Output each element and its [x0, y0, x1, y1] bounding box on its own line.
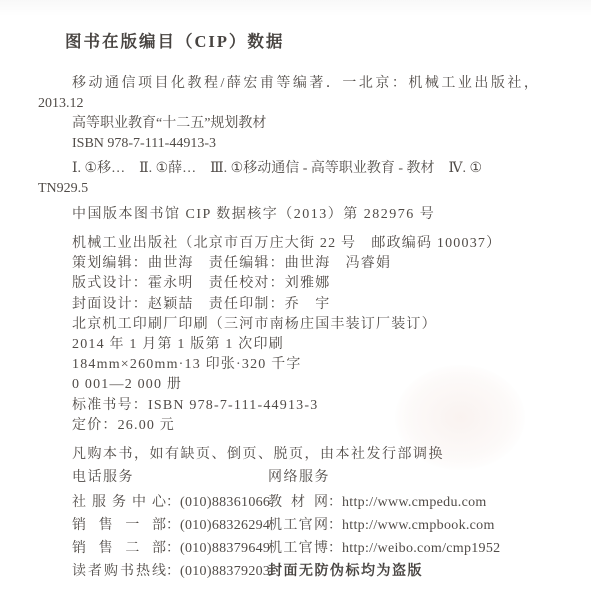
- colon: ：: [328, 518, 342, 533]
- net-cell: 机工官博：http://weibo.com/cmp1952: [268, 537, 500, 560]
- net-cell: 机工官网：http://www.cmpbook.com: [268, 514, 495, 537]
- service-block: 电话服务 网络服务 社服务中心：(010)88361066 教材网：http:/…: [38, 467, 561, 583]
- phone-number: (010)88361066: [180, 495, 270, 510]
- cip-block: 移动通信项目化教程/薛宏甫等编著．一北京：机械工业出版社， 2013.12 高等…: [38, 74, 561, 154]
- service-row: 销售二部：(010)88379649 机工官博：http://weibo.com…: [38, 537, 561, 560]
- phone-cell: 销售二部：(010)88379649: [38, 537, 268, 560]
- print-edition-line: 2014 年 1 月第 1 版第 1 次印刷: [38, 335, 561, 355]
- phone-label: 读者购书热线: [72, 560, 166, 583]
- cip-line-year: 2013.12: [38, 94, 561, 114]
- publisher-line: 机械工业出版社（北京市百万庄大街 22 号 邮政编码 100037）: [38, 234, 561, 254]
- cip-class-line: Ⅰ. ①移… Ⅱ. ①薛… Ⅲ. ①移动通信 - 高等职业教育 - 教材 Ⅳ. …: [38, 159, 561, 179]
- price-line: 定价：26.00 元: [38, 416, 561, 436]
- phone-cell: 读者购书热线：(010)88379203: [38, 560, 268, 583]
- cover-design-line: 封面设计：赵颖喆 责任印制：乔 宇: [38, 295, 561, 315]
- net-url: http://www.cmpedu.com: [342, 495, 487, 510]
- phone-label: 销售一部: [72, 514, 166, 537]
- service-row: 销售一部：(010)68326294 机工官网：http://www.cmpbo…: [38, 514, 561, 537]
- page-content: 图书在版编目（CIP）数据 移动通信项目化教程/薛宏甫等编著．一北京：机械工业出…: [0, 0, 591, 583]
- cip-class-code: TN929.5: [38, 179, 561, 199]
- net-label: 教材网: [268, 491, 328, 514]
- exchange-notice: 凡购本书，如有缺页、倒页、脱页，由本社发行部调换: [38, 445, 561, 465]
- net-cell: 封面无防伪标均为盗版: [268, 560, 423, 583]
- net-service-header: 网络服务: [268, 467, 330, 488]
- cip-line-isbn: ISBN 978-7-111-44913-3: [38, 134, 561, 154]
- net-label: 机工官网: [268, 514, 328, 537]
- net-url: http://www.cmpbook.com: [342, 518, 495, 533]
- phone-cell: 销售一部：(010)68326294: [38, 514, 268, 537]
- layout-design-line: 版式设计：霍永明 责任校对：刘雅娜: [38, 274, 561, 294]
- anti-piracy-warning: 封面无防伪标均为盗版: [268, 564, 423, 579]
- phone-number: (010)68326294: [180, 518, 270, 533]
- colon: ：: [166, 518, 180, 533]
- phone-number: (010)88379203: [180, 564, 270, 579]
- colon: ：: [166, 495, 180, 510]
- format-line: 184mm×260mm·13 印张·320 千字: [38, 355, 561, 375]
- colon: ：: [328, 495, 342, 510]
- net-url: http://weibo.com/cmp1952: [342, 541, 500, 556]
- colon: ：: [166, 541, 180, 556]
- cip-classification-block: Ⅰ. ①移… Ⅱ. ①薛… Ⅲ. ①移动通信 - 高等职业教育 - 教材 Ⅳ. …: [38, 159, 561, 199]
- publisher-block: 机械工业出版社（北京市百万庄大街 22 号 邮政编码 100037） 策划编辑：…: [38, 234, 561, 436]
- phone-label: 销售二部: [72, 537, 166, 560]
- printer-line: 北京机工印刷厂印刷（三河市南杨庄国丰装订厂装订）: [38, 315, 561, 335]
- phone-label: 社服务中心: [72, 491, 166, 514]
- cip-line-series: 高等职业教育“十二五”规划教材: [38, 114, 561, 134]
- net-cell: 教材网：http://www.cmpedu.com: [268, 491, 487, 514]
- cip-heading: 图书在版编目（CIP）数据: [65, 28, 561, 52]
- print-run-line: 0 001—2 000 册: [38, 375, 561, 395]
- colon: ：: [166, 564, 180, 579]
- net-label: 机工官博: [268, 537, 328, 560]
- phone-cell: 社服务中心：(010)88361066: [38, 491, 268, 514]
- copyright-page: 图书在版编目（CIP）数据 移动通信项目化教程/薛宏甫等编著．一北京：机械工业出…: [0, 0, 591, 600]
- service-row: 读者购书热线：(010)88379203 封面无防伪标均为盗版: [38, 560, 561, 583]
- phone-service-header: 电话服务: [38, 467, 268, 488]
- phone-number: (010)88379649: [180, 541, 270, 556]
- editor-plan-line: 策划编辑：曲世海 责任编辑：曲世海 冯睿娟: [38, 254, 561, 274]
- service-headers: 电话服务 网络服务: [38, 467, 561, 488]
- cip-line-title: 移动通信项目化教程/薛宏甫等编著．一北京：机械工业出版社，: [38, 74, 561, 94]
- standard-isbn-line: 标准书号：ISBN 978-7-111-44913-3: [38, 396, 561, 416]
- service-row: 社服务中心：(010)88361066 教材网：http://www.cmped…: [38, 491, 561, 514]
- colon: ：: [328, 541, 342, 556]
- cip-check-line: 中国版本图书馆 CIP 数据核字（2013）第 282976 号: [38, 205, 561, 225]
- service-rows: 社服务中心：(010)88361066 教材网：http://www.cmped…: [38, 491, 561, 583]
